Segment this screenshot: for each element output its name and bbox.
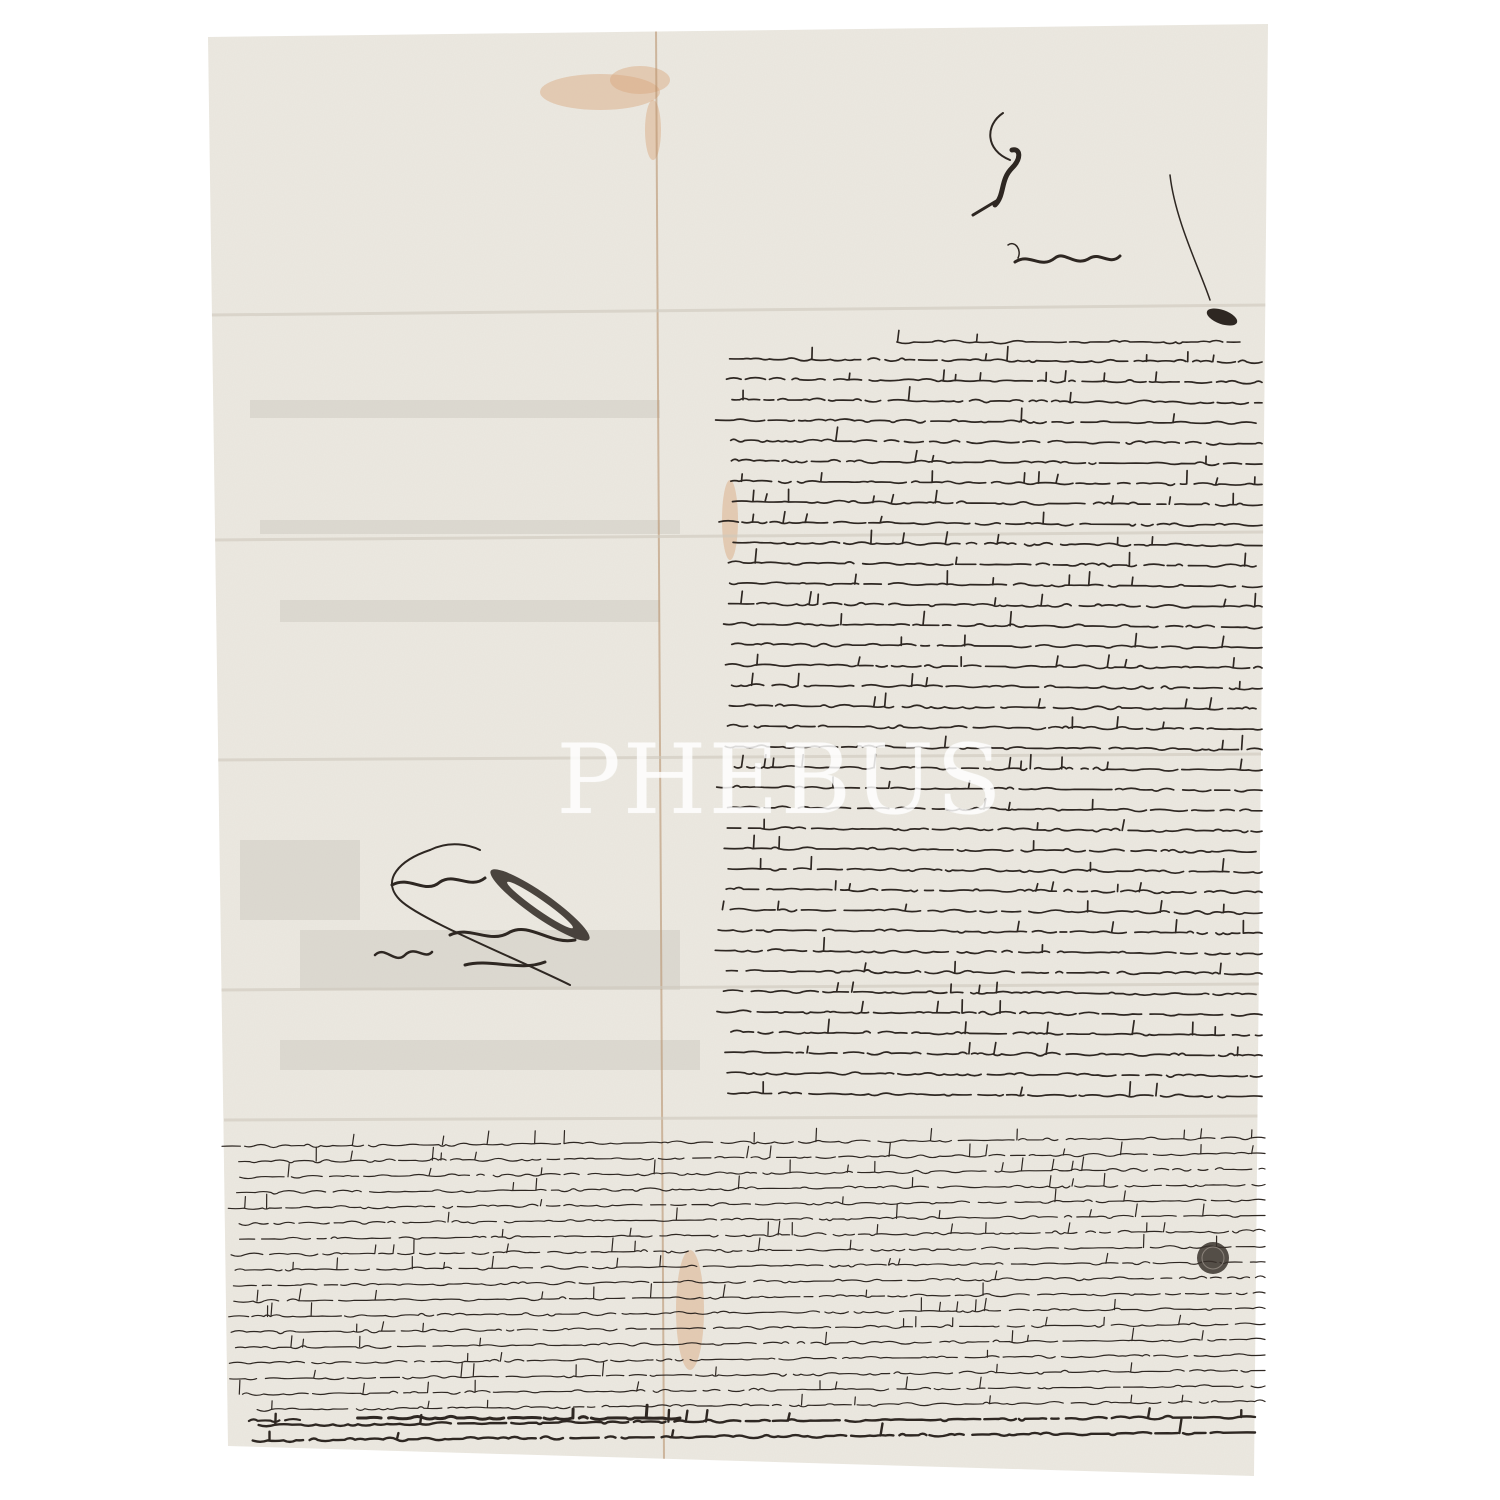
manuscript-photo (0, 0, 1500, 1500)
round-seal (1197, 1242, 1229, 1274)
paper-sheet (200, 20, 1280, 1480)
